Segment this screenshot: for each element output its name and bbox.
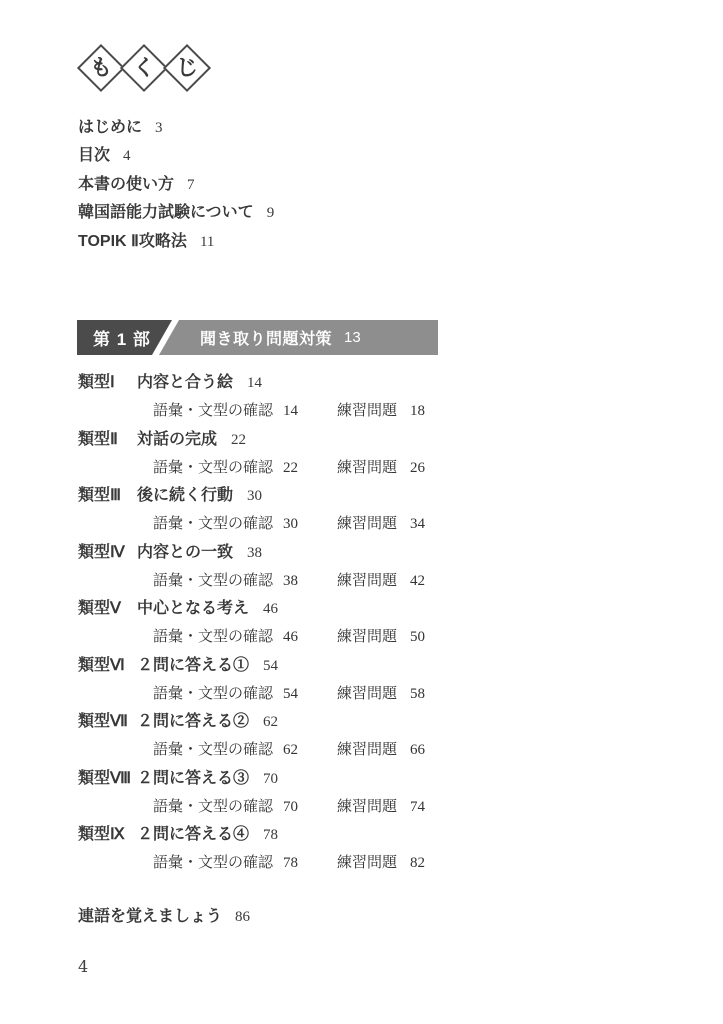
vocab-check-label: 語彙・文型の確認 <box>153 793 283 822</box>
vocab-check-page-number: 38 <box>283 567 337 596</box>
practice-page-number: 26 <box>410 454 425 483</box>
vocab-check-page-number: 22 <box>283 454 337 483</box>
vocab-check-page-number: 78 <box>283 849 337 878</box>
practice-page-number: 82 <box>410 849 425 878</box>
mokuji-diamond-3: じ <box>163 44 211 92</box>
entry-type-label: 類型Ⅲ <box>78 482 137 510</box>
front-matter-item: 韓国語能力試験について 9 <box>78 199 274 227</box>
entry-type-7: 類型Ⅶ ２問に答える② 62 語彙・文型の確認 62 練習問題 66 <box>78 708 498 765</box>
entry-page-number: 38 <box>247 539 262 567</box>
front-matter-page-number: 3 <box>155 120 163 137</box>
front-matter-page-number: 7 <box>187 177 195 194</box>
toc-page: も く じ はじめに 3 目次 4 本書の使い方 7 韓国語能力試験について 9… <box>0 0 723 1024</box>
vocab-check-page-number: 70 <box>283 793 337 822</box>
practice-label: 練習問題 <box>337 736 410 765</box>
front-matter-label: はじめに <box>78 114 142 137</box>
vocab-check-page-number: 30 <box>283 510 337 539</box>
vocab-check-label: 語彙・文型の確認 <box>153 736 283 765</box>
practice-page-number: 58 <box>410 680 425 709</box>
page-number: 4 <box>78 957 88 976</box>
banner-title-wrap: 聞き取り問題対策 13 <box>200 320 361 355</box>
entry-type-3: 類型Ⅲ 後に続く行動 30 語彙・文型の確認 30 練習問題 34 <box>78 482 498 539</box>
entry-type-label: 類型Ⅸ <box>78 821 137 849</box>
entry-title: ２問に答える③ <box>137 765 249 793</box>
vocab-check-label: 語彙・文型の確認 <box>153 454 283 483</box>
mokuji-diamond-2: く <box>120 44 168 92</box>
mokuji-diamond-1: も <box>77 44 125 92</box>
front-matter-item: TOPIK Ⅱ攻略法 11 <box>78 228 274 256</box>
vocab-check-label: 語彙・文型の確認 <box>153 623 283 652</box>
entry-main-row: 類型Ⅴ 中心となる考え 46 <box>78 595 498 623</box>
entry-type-9: 類型Ⅸ ２問に答える④ 78 語彙・文型の確認 78 練習問題 82 <box>78 821 498 878</box>
practice-page-number: 42 <box>410 567 425 596</box>
entry-type-label: 類型Ⅵ <box>78 652 137 680</box>
practice-label: 練習問題 <box>337 454 410 483</box>
entry-sub-row: 語彙・文型の確認 62 練習問題 66 <box>153 736 498 765</box>
collocations-page-number: 86 <box>235 909 250 926</box>
entry-type-label: 類型Ⅳ <box>78 539 137 567</box>
practice-label: 練習問題 <box>337 623 410 652</box>
entry-page-number: 46 <box>263 595 278 623</box>
collocations-item: 連語を覚えましょう 86 <box>78 903 250 931</box>
entry-sub-row: 語彙・文型の確認 46 練習問題 50 <box>153 623 498 652</box>
entry-sub-row: 語彙・文型の確認 38 練習問題 42 <box>153 567 498 596</box>
entry-type-label: 類型Ⅰ <box>78 369 137 397</box>
banner-title: 聞き取り問題対策 <box>200 326 332 349</box>
entry-type-label: 類型Ⅱ <box>78 426 137 454</box>
entry-title: ２問に答える② <box>137 708 249 736</box>
entry-title: 中心となる考え <box>137 595 249 623</box>
section-banner: 第 1 部 聞き取り問題対策 13 <box>77 320 438 355</box>
entry-page-number: 14 <box>247 369 262 397</box>
entry-type-4: 類型Ⅳ 内容との一致 38 語彙・文型の確認 38 練習問題 42 <box>78 539 498 596</box>
collocations-label: 連語を覚えましょう <box>78 903 222 926</box>
practice-label: 練習問題 <box>337 397 410 426</box>
vocab-check-label: 語彙・文型の確認 <box>153 567 283 596</box>
vocab-check-page-number: 46 <box>283 623 337 652</box>
practice-page-number: 74 <box>410 793 425 822</box>
entry-page-number: 70 <box>263 765 278 793</box>
front-matter-item: 目次 4 <box>78 142 274 170</box>
entry-sub-row: 語彙・文型の確認 70 練習問題 74 <box>153 793 498 822</box>
entry-type-2: 類型Ⅱ 対話の完成 22 語彙・文型の確認 22 練習問題 26 <box>78 426 498 483</box>
practice-page-number: 66 <box>410 736 425 765</box>
entry-sub-row: 語彙・文型の確認 22 練習問題 26 <box>153 454 498 483</box>
vocab-check-page-number: 62 <box>283 736 337 765</box>
vocab-check-label: 語彙・文型の確認 <box>153 849 283 878</box>
banner-page-number: 13 <box>344 329 361 346</box>
practice-label: 練習問題 <box>337 849 410 878</box>
entry-main-row: 類型Ⅰ 内容と合う絵 14 <box>78 369 498 397</box>
entry-type-label: 類型Ⅶ <box>78 708 137 736</box>
entry-title: 内容との一致 <box>137 539 233 567</box>
mokuji-char-3: じ <box>176 57 198 79</box>
front-matter-page-number: 4 <box>123 148 131 165</box>
vocab-check-page-number: 14 <box>283 397 337 426</box>
front-matter-item: 本書の使い方 7 <box>78 171 274 199</box>
entries-list: 類型Ⅰ 内容と合う絵 14 語彙・文型の確認 14 練習問題 18 類型Ⅱ 対話… <box>78 369 498 878</box>
mokuji-char-2: く <box>133 57 155 79</box>
entry-title: ２問に答える④ <box>137 821 249 849</box>
front-matter-label: TOPIK Ⅱ攻略法 <box>78 228 187 251</box>
mokuji-char-1: も <box>90 57 112 79</box>
entry-main-row: 類型Ⅳ 内容との一致 38 <box>78 539 498 567</box>
mokuji-header: も く じ <box>84 51 213 85</box>
entry-type-5: 類型Ⅴ 中心となる考え 46 語彙・文型の確認 46 練習問題 50 <box>78 595 498 652</box>
entry-page-number: 78 <box>263 821 278 849</box>
entry-type-label: 類型Ⅷ <box>78 765 137 793</box>
entry-page-number: 62 <box>263 708 278 736</box>
entry-page-number: 54 <box>263 652 278 680</box>
entry-title: 内容と合う絵 <box>137 369 233 397</box>
practice-label: 練習問題 <box>337 510 410 539</box>
vocab-check-label: 語彙・文型の確認 <box>153 510 283 539</box>
practice-label: 練習問題 <box>337 680 410 709</box>
vocab-check-page-number: 54 <box>283 680 337 709</box>
entry-type-6: 類型Ⅵ ２問に答える① 54 語彙・文型の確認 54 練習問題 58 <box>78 652 498 709</box>
front-matter-label: 本書の使い方 <box>78 171 174 194</box>
entry-sub-row: 語彙・文型の確認 30 練習問題 34 <box>153 510 498 539</box>
entry-type-8: 類型Ⅷ ２問に答える③ 70 語彙・文型の確認 70 練習問題 74 <box>78 765 498 822</box>
front-matter-page-number: 11 <box>200 234 214 251</box>
vocab-check-label: 語彙・文型の確認 <box>153 397 283 426</box>
vocab-check-label: 語彙・文型の確認 <box>153 680 283 709</box>
front-matter-label: 目次 <box>78 142 110 165</box>
practice-page-number: 50 <box>410 623 425 652</box>
entry-page-number: 22 <box>231 426 246 454</box>
entry-main-row: 類型Ⅱ 対話の完成 22 <box>78 426 498 454</box>
banner-part-label: 第 1 部 <box>93 320 151 355</box>
entry-main-row: 類型Ⅲ 後に続く行動 30 <box>78 482 498 510</box>
entry-main-row: 類型Ⅶ ２問に答える② 62 <box>78 708 498 736</box>
entry-page-number: 30 <box>247 482 262 510</box>
front-matter-list: はじめに 3 目次 4 本書の使い方 7 韓国語能力試験について 9 TOPIK… <box>78 114 274 256</box>
entry-type-label: 類型Ⅴ <box>78 595 137 623</box>
entry-sub-row: 語彙・文型の確認 14 練習問題 18 <box>153 397 498 426</box>
front-matter-label: 韓国語能力試験について <box>78 199 254 222</box>
entry-main-row: 類型Ⅵ ２問に答える① 54 <box>78 652 498 680</box>
front-matter-page-number: 9 <box>267 205 275 222</box>
practice-label: 練習問題 <box>337 793 410 822</box>
entry-title: ２問に答える① <box>137 652 249 680</box>
entry-main-row: 類型Ⅸ ２問に答える④ 78 <box>78 821 498 849</box>
entry-sub-row: 語彙・文型の確認 78 練習問題 82 <box>153 849 498 878</box>
practice-page-number: 34 <box>410 510 425 539</box>
entry-title: 後に続く行動 <box>137 482 233 510</box>
entry-main-row: 類型Ⅷ ２問に答える③ 70 <box>78 765 498 793</box>
entry-title: 対話の完成 <box>137 426 217 454</box>
practice-label: 練習問題 <box>337 567 410 596</box>
entry-sub-row: 語彙・文型の確認 54 練習問題 58 <box>153 680 498 709</box>
practice-page-number: 18 <box>410 397 425 426</box>
front-matter-item: はじめに 3 <box>78 114 274 142</box>
entry-type-1: 類型Ⅰ 内容と合う絵 14 語彙・文型の確認 14 練習問題 18 <box>78 369 498 426</box>
